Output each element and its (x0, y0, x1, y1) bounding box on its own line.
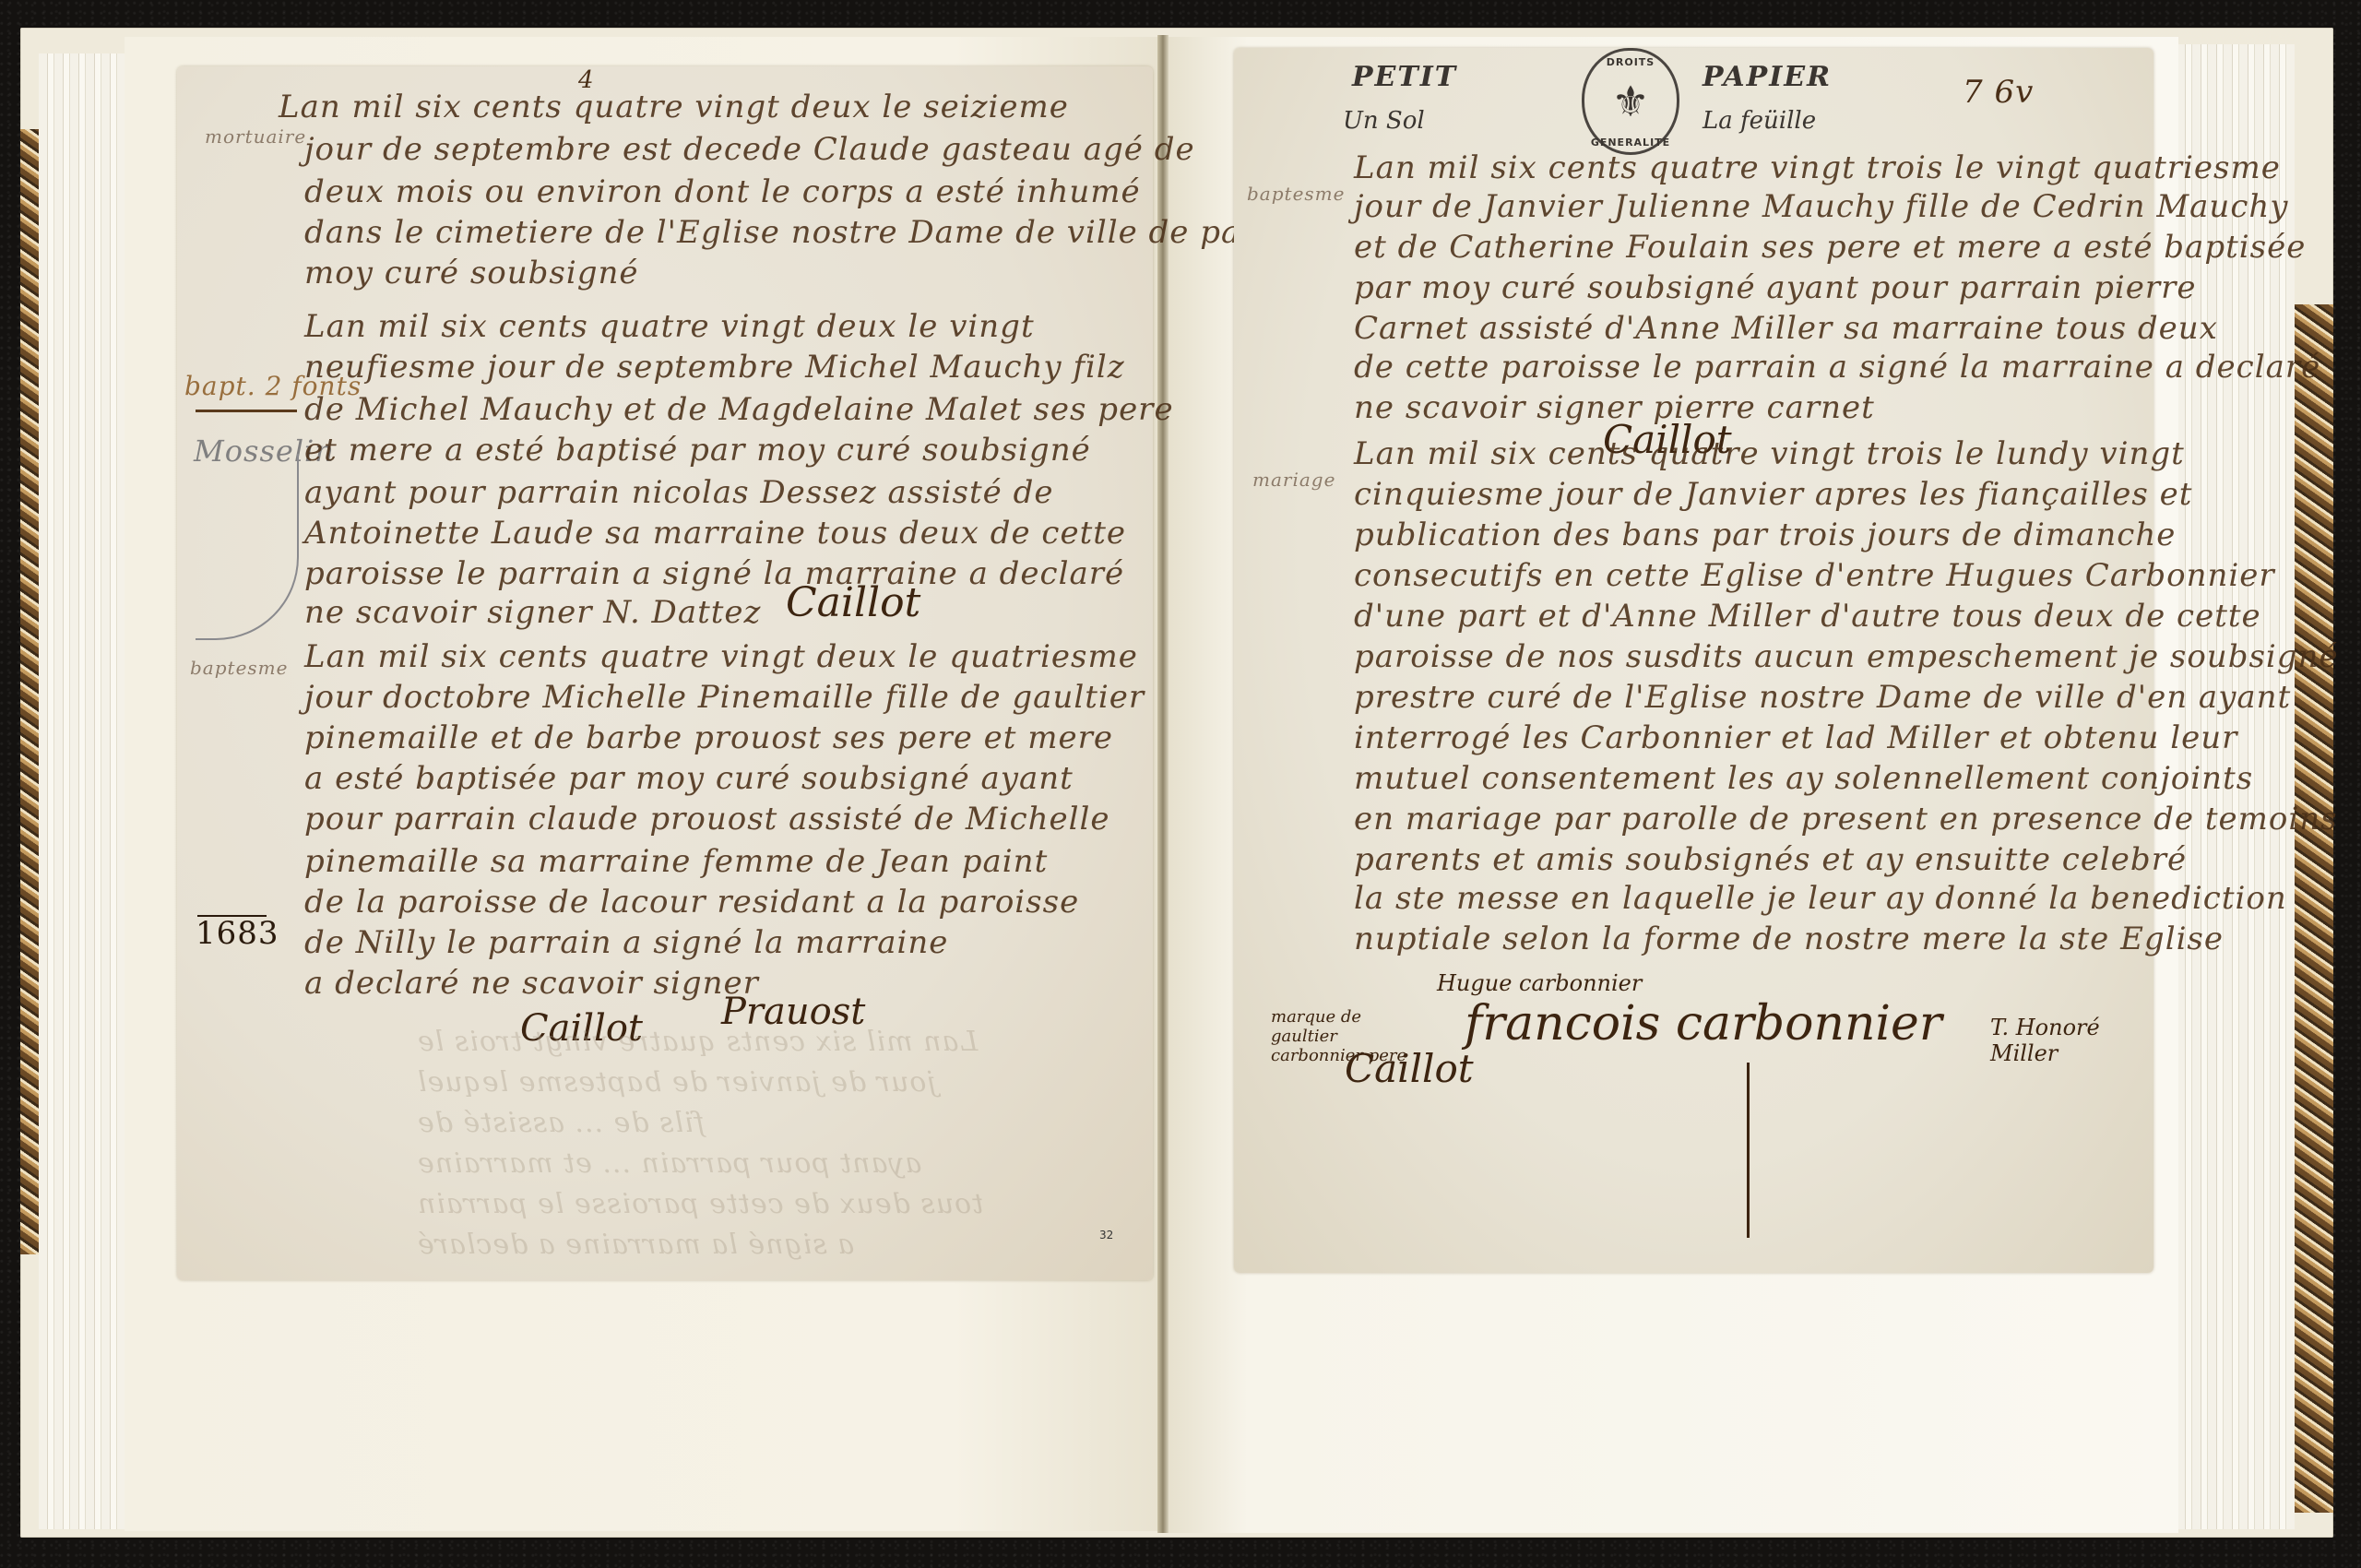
entry-line: interrogé les Carbonnier et lad Miller e… (1354, 719, 2237, 756)
entry-line: publication des bans par trois jours de … (1354, 517, 2176, 553)
entry-line: et de Catherine Foulain ses pere et mere… (1354, 229, 2306, 266)
entry-line: cinquiesme jour de Janvier apres les fia… (1354, 476, 2192, 513)
entry-line: par moy curé soubsigné ayant pour parrai… (1354, 269, 2197, 306)
stamp-petit: PETIT (1352, 61, 1457, 93)
marbled-endpaper-right (2295, 304, 2333, 1513)
signature-hugue-carbonnier: Hugue carbonnier (1437, 970, 1642, 996)
ink-stroke (1747, 1063, 1750, 1238)
entry-line: jour de septembre est decede Claude gast… (304, 131, 1195, 168)
entry-line: pour parrain claude prouost assisté de M… (304, 801, 1110, 837)
margin-label-baptesme: baptesme (190, 657, 288, 679)
page-stack-left (39, 53, 126, 1529)
entry-line: Lan mil six cents quatre vingt trois le … (1354, 435, 2185, 472)
entry-line: de cette paroisse le parrain a signé la … (1354, 349, 2320, 386)
entry-line: pinemaille sa marraine femme de Jean pai… (304, 843, 1048, 880)
entry-line: parents et amis soubsignés et ay ensuitt… (1354, 841, 2187, 878)
entry-line: de Nilly le parrain a signé la marraine (304, 924, 948, 961)
right-manuscript-sheet: PETIT PAPIER Un Sol La feüille 7 6v bapt… (1234, 48, 2153, 1273)
marbled-endpaper-left (20, 129, 41, 1254)
stamp-papier: PAPIER (1703, 61, 1832, 93)
margin-underline (196, 410, 297, 412)
entry-line: mutuel consentement les ay solennellemen… (1354, 760, 2253, 797)
stamp-un-sol: Un Sol (1343, 107, 1425, 135)
page-marker: 7 6v (1963, 74, 2034, 111)
entry-line: a declaré ne scavoir signer (304, 965, 759, 1002)
margin-label-baptesme: baptesme (1247, 183, 1345, 205)
entry-line: prestre curé de l'Eglise nostre Dame de … (1354, 679, 2291, 716)
entry-line: d'une part et d'Anne Miller d'autre tous… (1354, 598, 2261, 635)
entry-line: consecutifs en cette Eglise d'entre Hugu… (1354, 557, 2275, 594)
margin-label-mortuaire: mortuaire (205, 125, 306, 148)
book-gutter (1157, 35, 1169, 1533)
stamp-la-feuille: La feüille (1703, 107, 1816, 135)
entry-line: Lan mil six cents quatre vingt trois le … (1354, 149, 2281, 186)
signature-caillot: Caillot (1345, 1046, 1474, 1091)
signature-caillot: Caillot (786, 579, 920, 626)
seal-bottom-text: GENERALITE (1591, 137, 1670, 148)
seal-top-text: DROITS (1607, 56, 1655, 68)
entry-line: paroisse le parrain a signé la marraine … (304, 555, 1124, 592)
entry-line: Antoinette Laude sa marraine tous deux d… (304, 515, 1126, 552)
entry-line: moy curé soubsigné (304, 255, 639, 291)
entry-line: la ste messe en laquelle je leur ay donn… (1354, 880, 2287, 917)
signature-francois-carbonnier: francois carbonnier (1465, 996, 1942, 1051)
year-marker: 1683 (196, 915, 279, 952)
margin-label-mariage: mariage (1252, 469, 1335, 491)
entry-line: Lan mil six cents quatre vingt deux le q… (304, 638, 1138, 675)
entry-line: Carnet assisté d'Anne Miller sa marraine… (1354, 310, 2218, 347)
entry-line: ne scavoir signer N. Dattez (304, 594, 761, 631)
entry-line: paroisse de nos susdits aucun empescheme… (1354, 638, 2339, 675)
entry-line: dans le cimetiere de l'Eglise nostre Dam… (304, 214, 1257, 251)
pencil-bracket (196, 454, 299, 640)
entry-line: nuptiale selon la forme de nostre mere l… (1354, 921, 2224, 957)
entry-line: jour doctobre Michelle Pinemaille fille … (304, 679, 1145, 716)
entry-line: Lan mil six cents quatre vingt deux le v… (304, 308, 1035, 345)
fleur-de-lis-icon: ⚜ (1611, 77, 1649, 126)
entry-line: a esté baptisée par moy curé soubsigné a… (304, 760, 1074, 797)
entry-line: en mariage par parolle de present en pre… (1354, 801, 2338, 837)
entry-line: neufiesme jour de septembre Michel Mauch… (304, 349, 1125, 386)
signature-honore-miller: T. Honoré Miller (1990, 1015, 2153, 1066)
entry-line: jour de Janvier Julienne Mauchy fille de… (1354, 188, 2288, 225)
entry-line: de Michel Mauchy et de Magdelaine Malet … (304, 391, 1174, 428)
folio-number: 32 (1099, 1229, 1113, 1241)
generalite-seal: ⚜ DROITS GENERALITE (1582, 48, 1679, 155)
entry-line: deux mois ou environ dont le corps a est… (304, 173, 1141, 210)
entry-line: pinemaille et de barbe prouost ses pere … (304, 719, 1113, 756)
entry-line: Lan mil six cents quatre vingt deux le s… (279, 89, 1069, 125)
left-manuscript-sheet: 4 mortuaire Lan mil six cents quatre vin… (177, 66, 1153, 1280)
entry-line: ayant pour parrain nicolas Dessez assist… (304, 474, 1053, 511)
entry-line: de la paroisse de lacour residant a la p… (304, 884, 1079, 921)
entry-line: et mere a esté baptisé par moy curé soub… (304, 432, 1091, 469)
